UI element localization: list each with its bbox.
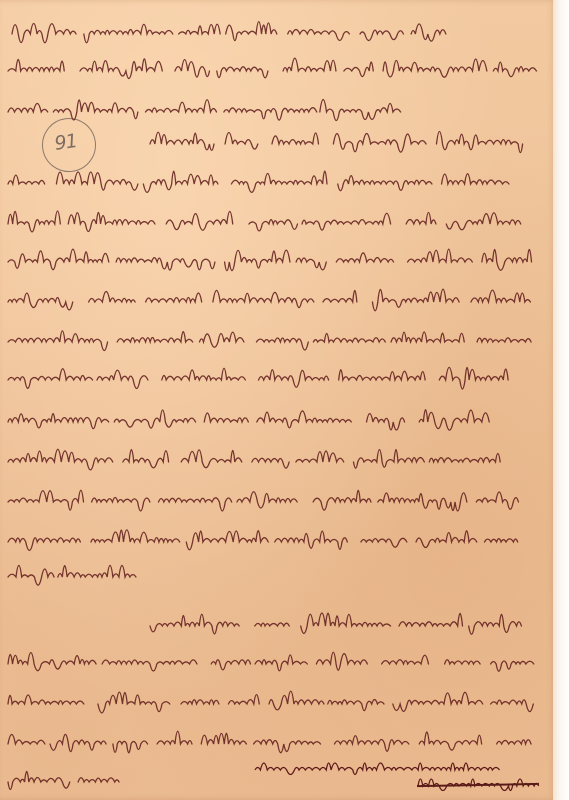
handwritten-line [8,680,530,714]
handwritten-line [150,602,530,636]
handwritten-line [8,398,505,432]
handwritten-line [8,640,530,674]
handwritten-line [8,160,530,194]
handwritten-line [12,10,470,44]
handwritten-line [8,356,505,390]
handwritten-line [8,553,150,587]
handwritten-line [8,278,530,312]
page-number: 91 [53,130,78,155]
handwritten-line [8,758,115,792]
handwritten-line [8,200,530,234]
handwritten-line [8,518,515,552]
handwritten-line [8,47,530,81]
handwritten-line [8,478,530,512]
handwritten-line [8,88,400,122]
handwritten-line [8,720,530,754]
handwritten-line [150,120,530,154]
handwritten-line [8,238,530,272]
handwritten-line [8,438,530,472]
scan-margin [553,0,569,800]
handwritten-line [8,318,530,352]
